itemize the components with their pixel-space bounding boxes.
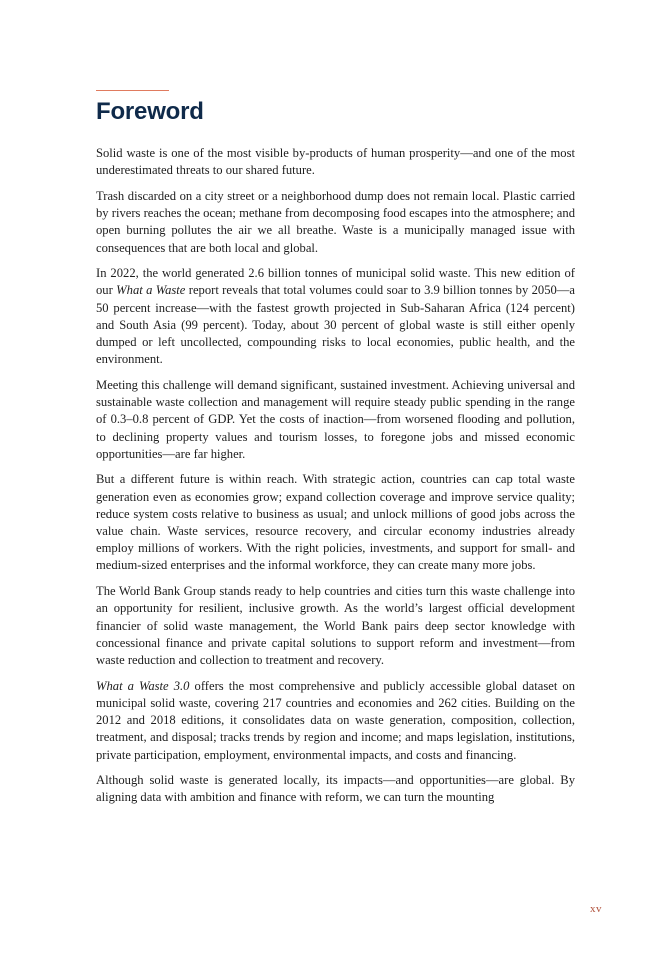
paragraph-8: Although solid waste is generated locall…: [96, 772, 575, 806]
paragraph-6: The World Bank Group stands ready to hel…: [96, 583, 575, 669]
report-title-italic: What a Waste: [116, 283, 185, 297]
page-number: xv: [590, 903, 602, 915]
foreword-body: Solid waste is one of the most visible b…: [96, 145, 575, 815]
paragraph-3: In 2022, the world generated 2.6 billion…: [96, 265, 575, 368]
paragraph-4: Meeting this challenge will demand signi…: [96, 377, 575, 463]
page-title: Foreword: [96, 97, 204, 127]
paragraph-5: But a different future is within reach. …: [96, 471, 575, 574]
report-title-italic: What a Waste 3.0: [96, 679, 189, 693]
paragraph-7: What a Waste 3.0 offers the most compreh…: [96, 678, 575, 764]
paragraph-2: Trash discarded on a city street or a ne…: [96, 188, 575, 257]
paragraph-1: Solid waste is one of the most visible b…: [96, 145, 575, 179]
accent-rule: [96, 90, 169, 91]
